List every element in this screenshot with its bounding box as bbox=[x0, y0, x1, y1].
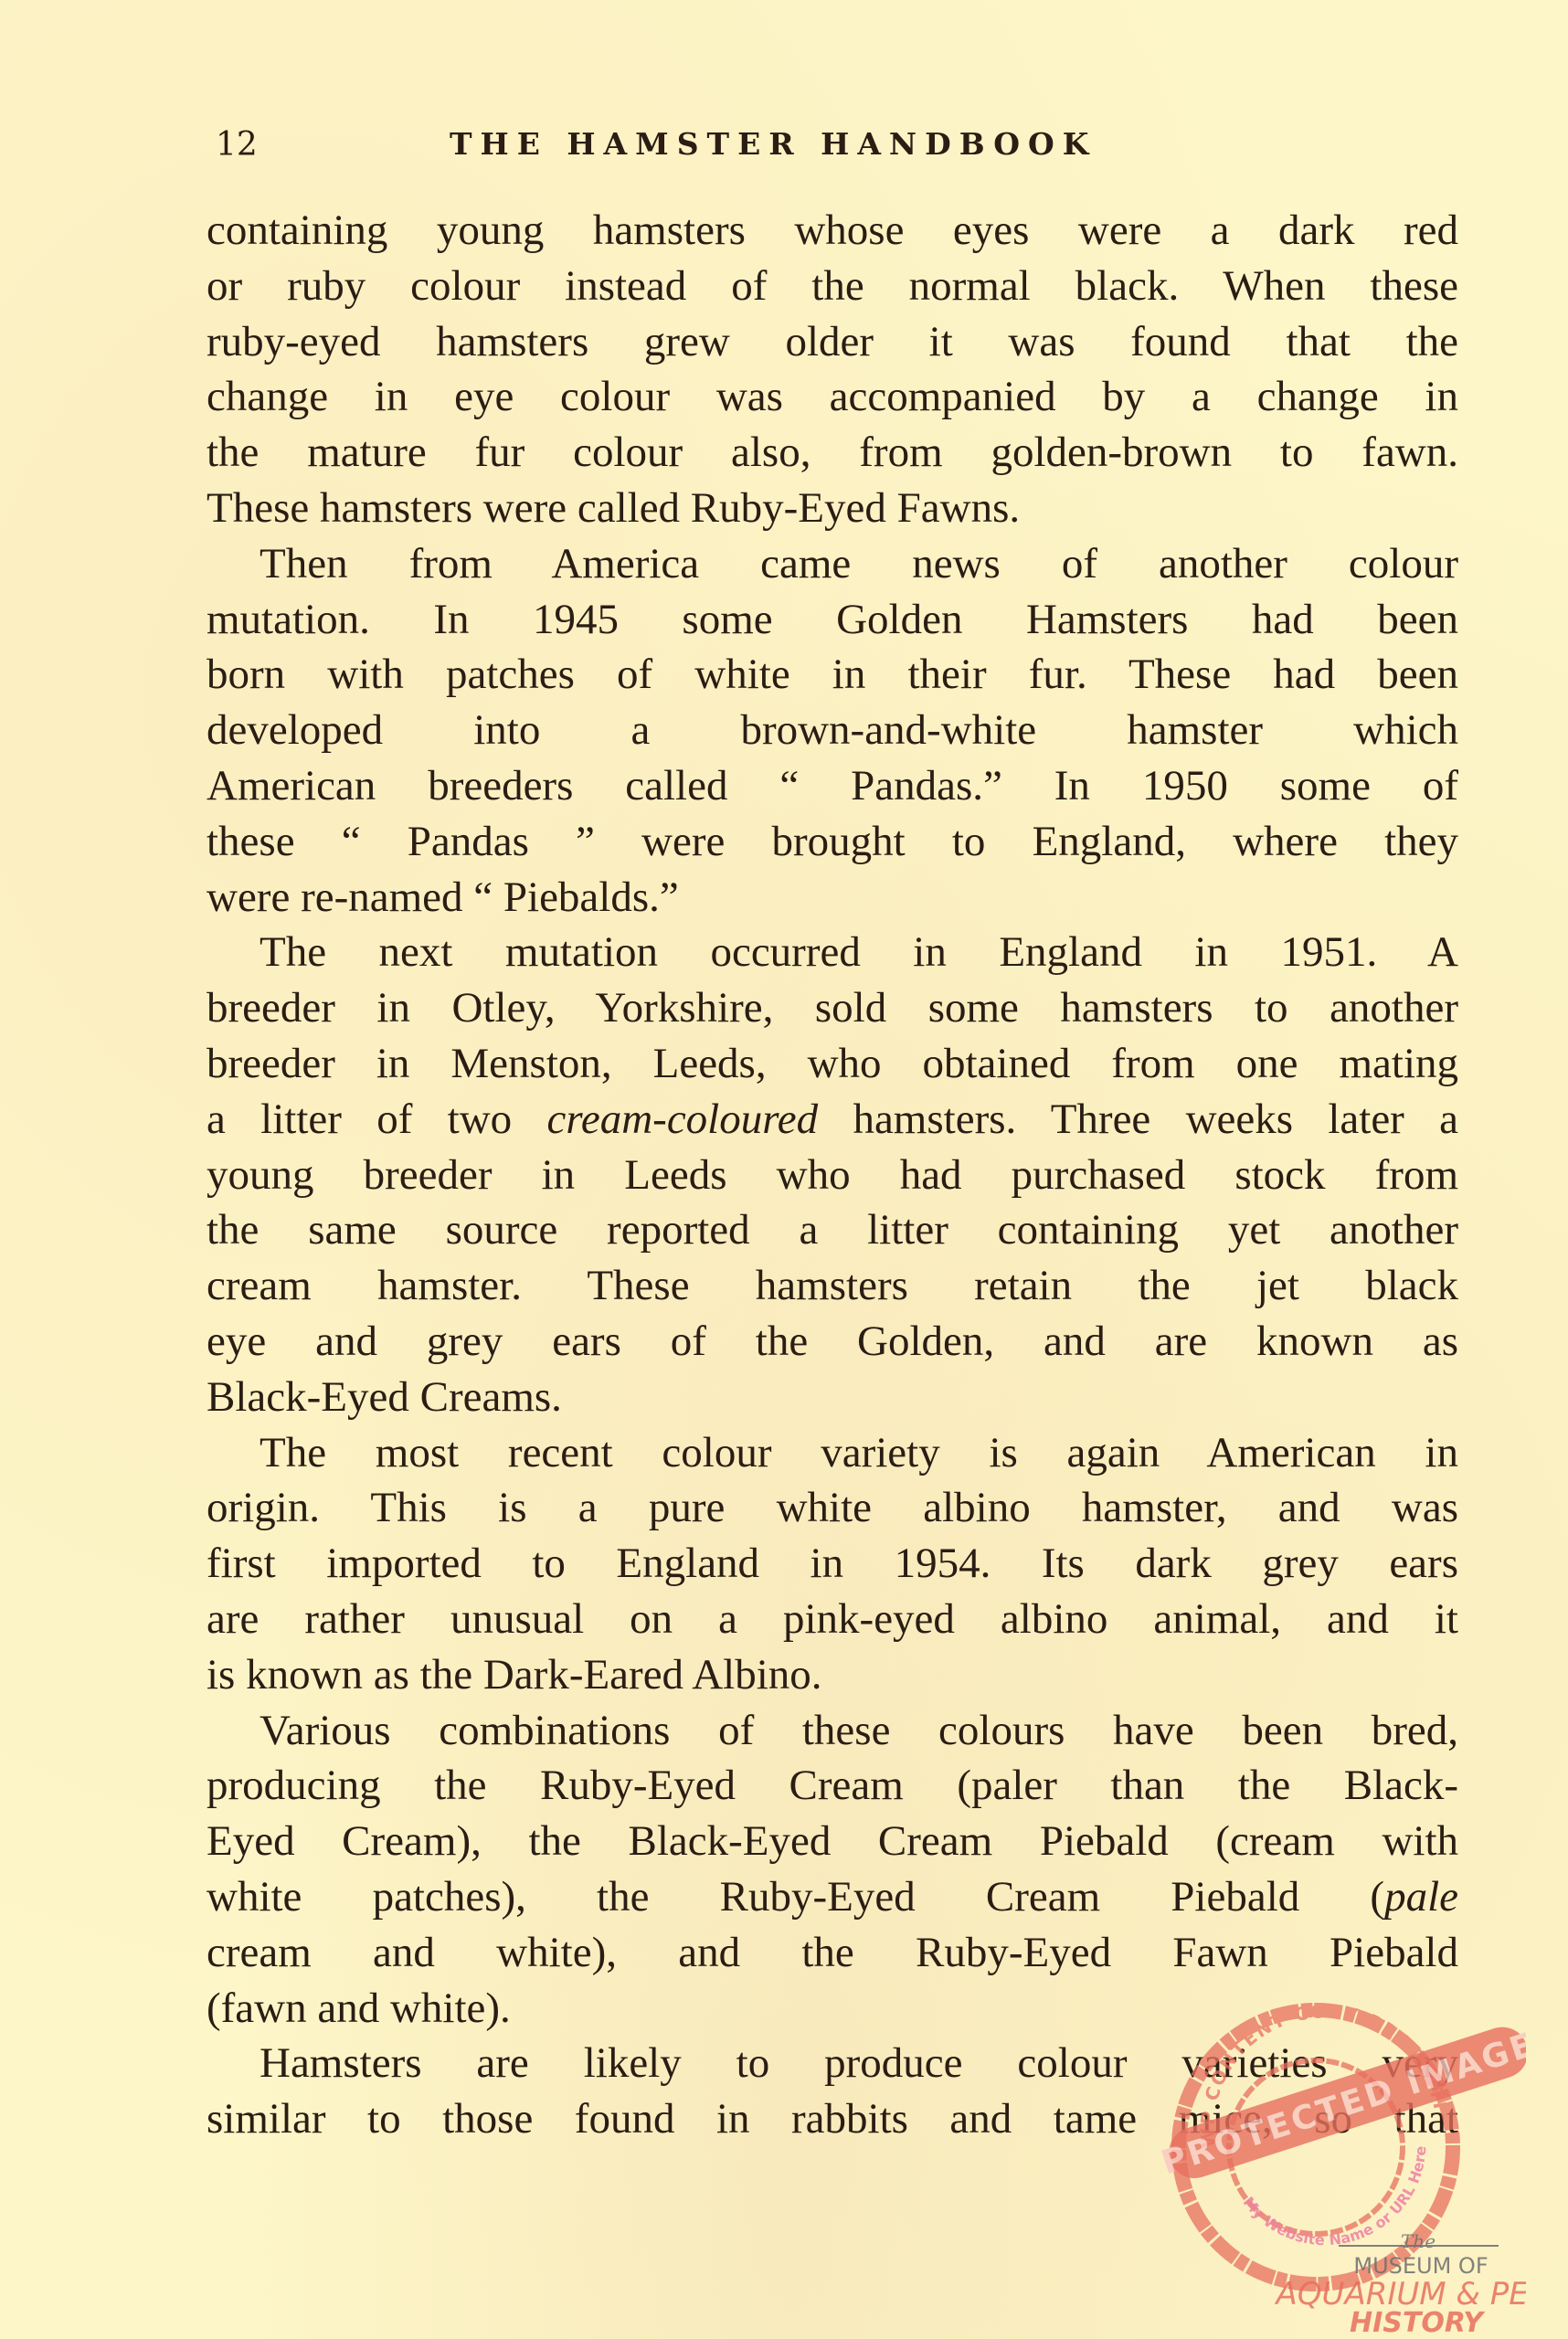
text-line: These hamsters were called Ruby-Eyed Faw… bbox=[207, 481, 1458, 536]
text-line: these “ Pandas ” were brought to England… bbox=[207, 814, 1458, 870]
svg-text:AQUARIUM & PET: AQUARIUM & PET bbox=[1275, 2276, 1526, 2313]
text-line: cream and white), and the Ruby-Eyed Fawn… bbox=[207, 1925, 1458, 1981]
text-line: The most recent colour variety is again … bbox=[207, 1425, 1458, 1481]
svg-text:The: The bbox=[1401, 2230, 1436, 2252]
text-line: Then from America came news of another c… bbox=[207, 536, 1458, 592]
text-line: developed into a brown-and-white hamster… bbox=[207, 703, 1458, 758]
text-line: origin. This is a pure white albino hams… bbox=[207, 1480, 1458, 1536]
text-line: American breeders called “ Pandas.” In 1… bbox=[207, 758, 1458, 814]
text-line: young breeder in Leeds who had purchased… bbox=[207, 1148, 1458, 1203]
text-line: The next mutation occurred in England in… bbox=[207, 925, 1458, 980]
text-line: is known as the Dark-Eared Albino. bbox=[207, 1647, 1458, 1703]
text-line: eye and grey ears of the Golden, and are… bbox=[207, 1314, 1458, 1370]
text-line: breeder in Menston, Leeds, who obtained … bbox=[207, 1036, 1458, 1092]
running-title: THE HAMSTER HANDBOOK bbox=[450, 126, 1097, 162]
book-page: 12 THE HAMSTER HANDBOOK containing young… bbox=[0, 0, 1568, 2339]
text-line: or ruby colour instead of the normal bla… bbox=[207, 259, 1458, 314]
text-line: are rather unusual on a pink-eyed albino… bbox=[207, 1592, 1458, 1647]
text-line: mutation. In 1945 some Golden Hamsters h… bbox=[207, 592, 1458, 648]
text-line: cream hamster. These hamsters retain the… bbox=[207, 1258, 1458, 1314]
text-line: producing the Ruby-Eyed Cream (paler tha… bbox=[207, 1758, 1458, 1814]
text-line: Hamsters are likely to produce colour va… bbox=[207, 2036, 1458, 2091]
museum-logo: The MUSEUM OF AQUARIUM & PET HISTORY bbox=[1275, 2230, 1526, 2339]
svg-text:HISTORY: HISTORY bbox=[1350, 2307, 1486, 2339]
text-line: the same source reported a litter contai… bbox=[207, 1202, 1458, 1258]
page-number: 12 bbox=[216, 126, 258, 164]
text-line: containing young hamsters whose eyes wer… bbox=[207, 203, 1458, 259]
text-line: Black-Eyed Creams. bbox=[207, 1370, 1458, 1425]
text-line: a litter of two cream-coloured hamsters.… bbox=[207, 1092, 1458, 1148]
text-line: (fawn and white). bbox=[207, 1981, 1458, 2037]
body-text: containing young hamsters whose eyes wer… bbox=[207, 203, 1458, 2147]
text-line: similar to those found in rabbits and ta… bbox=[207, 2091, 1458, 2147]
text-line: the mature fur colour also, from golden-… bbox=[207, 425, 1458, 481]
italic-emphasis: pale bbox=[1384, 1873, 1458, 1921]
svg-text:My Website Name or URL Here: My Website Name or URL Here bbox=[1240, 2145, 1430, 2249]
text-line: white patches), the Ruby-Eyed Cream Pieb… bbox=[207, 1869, 1458, 1925]
italic-emphasis: cream-coloured bbox=[546, 1095, 818, 1143]
text-line: Eyed Cream), the Black-Eyed Cream Piebal… bbox=[207, 1814, 1458, 1869]
svg-text:MUSEUM OF: MUSEUM OF bbox=[1353, 2253, 1488, 2279]
text-line: were re-named “ Piebalds.” bbox=[207, 870, 1458, 926]
text-line: breeder in Otley, Yorkshire, sold some h… bbox=[207, 980, 1458, 1036]
text-line: change in eye colour was accompanied by … bbox=[207, 369, 1458, 425]
running-head: 12 THE HAMSTER HANDBOOK bbox=[216, 126, 1248, 172]
text-line: Various combinations of these colours ha… bbox=[207, 1703, 1458, 1759]
text-line: first imported to England in 1954. Its d… bbox=[207, 1536, 1458, 1592]
text-line: born with patches of white in their fur.… bbox=[207, 647, 1458, 703]
text-line: ruby-eyed hamsters grew older it was fou… bbox=[207, 314, 1458, 370]
